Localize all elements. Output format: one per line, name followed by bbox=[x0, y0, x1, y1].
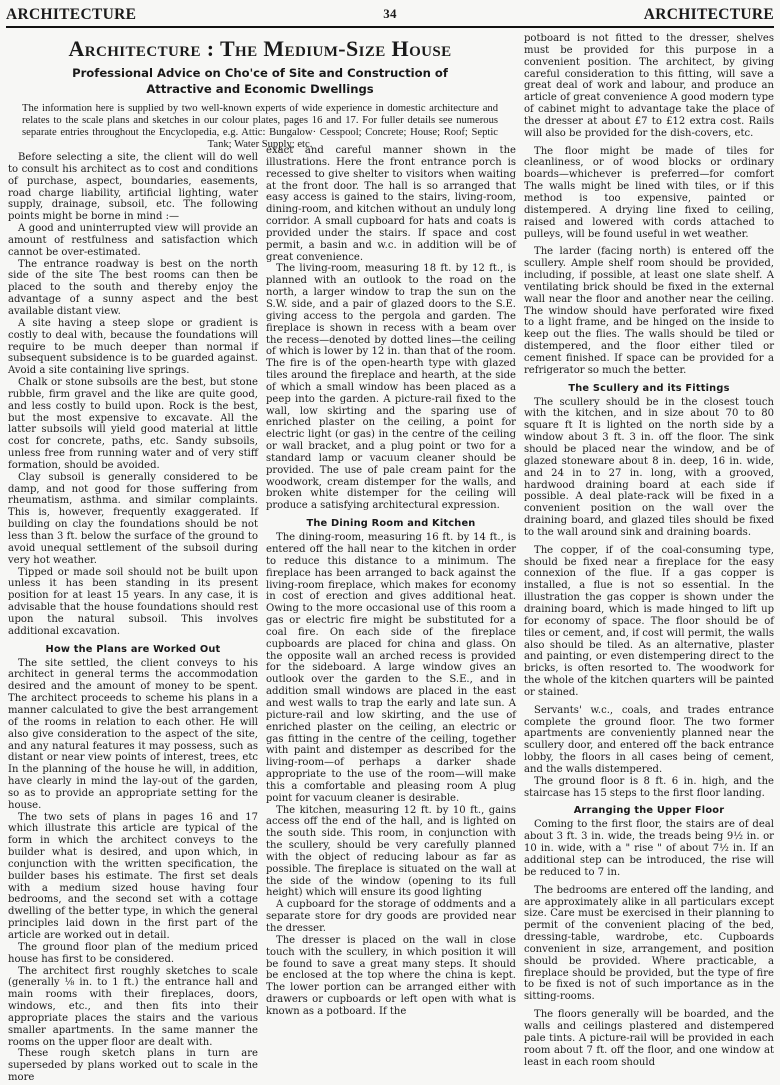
paragraph: Clay subsoil is generally considered to … bbox=[8, 472, 258, 567]
article-subtitle-line2: Attractive and Economic Dwellings bbox=[10, 81, 510, 97]
paragraph: The bedrooms are entered off the landing… bbox=[524, 885, 774, 1003]
paragraph: Tipped or made soil should not be built … bbox=[8, 567, 258, 638]
paragraph: The larder (facing north) is entered off… bbox=[524, 246, 774, 376]
paragraph: A cupboard for the storage of oddments a… bbox=[266, 899, 516, 935]
paragraph: The kitchen, measuring 12 ft. by 10 ft.,… bbox=[266, 805, 516, 900]
article-title: Architecture : The Medium-Size House bbox=[10, 36, 510, 62]
paragraph: The site settled, the client conveys to … bbox=[8, 658, 258, 812]
paragraph: Coming to the first floor, the stairs ar… bbox=[524, 819, 774, 878]
section-heading: The Scullery and its Fittings bbox=[524, 382, 774, 395]
paragraph: The ground floor plan of the medium pric… bbox=[8, 942, 258, 966]
paragraph: The two sets of plans in pages 16 and 17… bbox=[8, 812, 258, 942]
running-head: ARCHITECTURE 34 ARCHITECTURE bbox=[6, 4, 774, 28]
paragraph: The architect first roughly sketches to … bbox=[8, 966, 258, 1049]
article-heading: Architecture : The Medium-Size House Pro… bbox=[10, 36, 510, 151]
running-head-right: ARCHITECTURE bbox=[644, 6, 774, 24]
paragraph: The entrance roadway is best on the nort… bbox=[8, 259, 258, 318]
paragraph: The ground floor is 8 ft. 6 in. high, an… bbox=[524, 776, 774, 800]
section-heading: How the Plans are Worked Out bbox=[8, 643, 258, 656]
paragraph: The floor might be made of tiles for cle… bbox=[524, 146, 774, 241]
paragraph: The dining-room, measuring 16 ft. by 14 … bbox=[266, 532, 516, 804]
paragraph: exact and careful manner shown in the il… bbox=[266, 145, 516, 263]
text-column-2: exact and careful manner shown in the il… bbox=[266, 145, 516, 1018]
section-heading: Arranging the Upper Floor bbox=[524, 804, 774, 817]
paragraph: These rough sketch plans in turn are sup… bbox=[8, 1048, 258, 1084]
paragraph: Before selecting a site, the client will… bbox=[8, 152, 258, 223]
paragraph: The dresser is placed on the wall in clo… bbox=[266, 935, 516, 1018]
section-heading: The Dining Room and Kitchen bbox=[266, 517, 516, 530]
text-column-3: potboard is not fitted to the dresser, s… bbox=[524, 33, 774, 1068]
paragraph: The floors generally will be boarded, an… bbox=[524, 1009, 774, 1068]
paragraph: The living-room, measuring 18 ft. by 12 … bbox=[266, 263, 516, 512]
paragraph: The copper, if of the coal-consuming typ… bbox=[524, 545, 774, 699]
article-subtitle-line1: Professional Advice on Cho'ce of Site an… bbox=[10, 65, 510, 81]
paragraph: Chalk or stone subsoils are the best, bu… bbox=[8, 377, 258, 472]
paragraph: A good and uninterrupted view will provi… bbox=[8, 223, 258, 259]
text-column-1: Before selecting a site, the client will… bbox=[8, 152, 258, 1084]
article-intro: The information here is supplied by two … bbox=[22, 103, 498, 151]
paragraph: potboard is not fitted to the dresser, s… bbox=[524, 33, 774, 140]
paragraph: The scullery should be in the closest to… bbox=[524, 397, 774, 539]
paragraph: A site having a steep slope or gradient … bbox=[8, 318, 258, 377]
paragraph: Servants' w.c., coals, and trades entran… bbox=[524, 705, 774, 776]
